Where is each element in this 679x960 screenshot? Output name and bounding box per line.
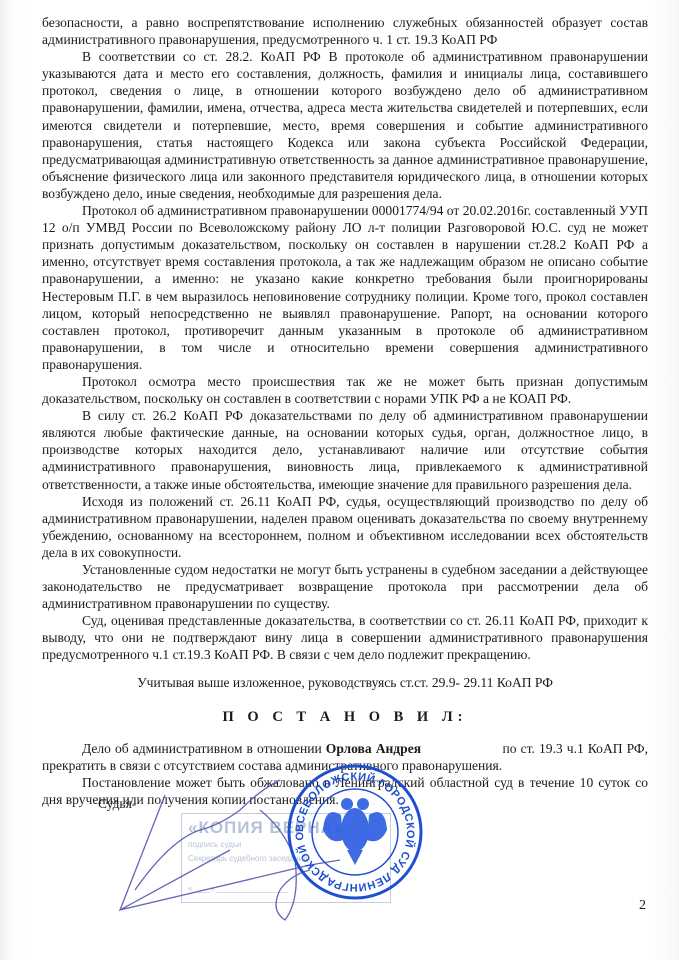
page-number: 2	[639, 898, 646, 914]
paragraph-intro: безопасности, а равно воспрепятствование…	[42, 14, 648, 48]
paragraph-article-26-2: В силу ст. 26.2 КоАП РФ доказательствами…	[42, 407, 648, 492]
decision-prefix: Дело об административном в отношении	[82, 741, 326, 756]
considering-line: Учитывая выше изложенное, руководствуясь…	[42, 674, 648, 691]
paragraph-article-28-2: В соответствии со ст. 28.2. КоАП РФ В пр…	[42, 48, 648, 202]
paragraph-deficiencies: Установленные судом недостатки не могут …	[42, 561, 648, 612]
document-page: безопасности, а равно воспрепятствование…	[0, 0, 679, 960]
court-seal-icon: ВСЕВОЛОЖСКИЙ ГОРОДСКОЙ СУД ЛЕНИНГРАДСКОЙ…	[285, 760, 425, 905]
paragraph-court-conclusion: Суд, оценивая представленные доказательс…	[42, 612, 648, 663]
resolution-title: П О С Т А Н О В И Л:	[42, 709, 648, 726]
paragraph-article-26-11: Исходя из положений ст. 26.11 КоАП РФ, с…	[42, 493, 648, 561]
paragraph-protocol: Протокол об административном правонаруше…	[42, 202, 648, 373]
paragraph-inspection-protocol: Протокол осмотра место происшествия так …	[42, 373, 648, 407]
document-body: безопасности, а равно воспрепятствование…	[42, 14, 648, 808]
defendant-name: Орлова Андрея	[326, 741, 421, 756]
